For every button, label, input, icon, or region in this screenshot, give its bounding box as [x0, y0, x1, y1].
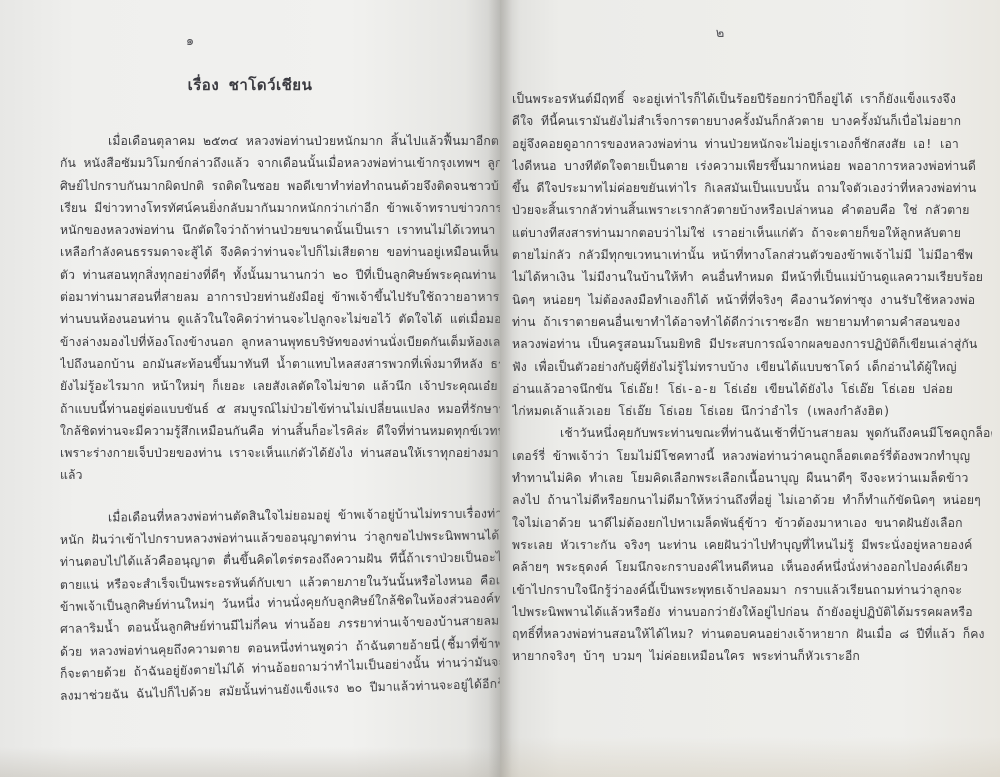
text-line: เพราะร่างกายเจ็บป่วยของท่าน เราจะเห็นแก่…: [60, 442, 500, 464]
text-line: ฟัง เพื่อเป็นตัวอย่างกับผู้ที่ยังไม่รู้ไ…: [512, 356, 992, 378]
text-line: ลงไป ถ้านาไม่ดีหรือยกนาไม่ดีมาให้หว่านถึ…: [512, 489, 992, 511]
text-line: ไก่หมดเล้าแล้วเอย โธ่เอ๊ย โธ่เอย โธ่เอย …: [512, 400, 992, 422]
text-line: แต่บางทีสงสารท่านมากตอบว่าไม่ใช่ เราอย่า…: [512, 222, 992, 244]
text-line: ไปพระนิพพานได้แล้วหรือยัง ท่านบอกว่ายังใ…: [512, 601, 992, 623]
text-line: ไงดีหนอ บางทีตัดใจตายเป็นตาย เร่งความเพี…: [512, 155, 992, 177]
text-line: เป็นพระอรหันต์มีฤทธิ์ จะอยู่เท่าไรก็ได้เ…: [512, 88, 992, 110]
text-line: ฤทธิ์ที่หลวงพ่อท่านสอนให้ได้ไหม? ท่านตอบ…: [512, 623, 992, 645]
right-page: ๒ เป็นพระอรหันต์มีฤทธิ์ จะอยู่เท่าไรก็ได…: [500, 0, 1000, 777]
page-number-left: ๑: [0, 30, 440, 50]
text-line: ขึ้น ดีใจประมาทไม่ค่อยขยันเท่าไร กิเลสมั…: [512, 177, 992, 199]
text-line: อ่านแล้วอาจนึกขัน โธ่เอ๊ย! โธ่เ-อ-ย โธ่เ…: [512, 378, 992, 400]
text-line: ใจไม่เอาด้วย นาดีไม่ต้องยกไปหาเมล็ดพันธุ…: [512, 512, 992, 534]
left-page-body: เมื่อเดือนตุลาคม ๒๕๓๔ หลวงพ่อท่านป่วยหนั…: [60, 130, 500, 707]
text-line: เหลือกำลังคนธรรมดาจะสู้ได้ จึงคิดว่าท่าน…: [60, 241, 500, 263]
chapter-title: เรื่อง ชาโดว์เชียน: [0, 73, 500, 97]
text-line: ถ้าแบบนี้ท่านอยู่ต่อแบบขันธ์ ๕ สมบูรณ์ไม…: [60, 398, 500, 420]
text-line: ท่านบนห้องนอนท่าน ดูแล้วในใจคิดว่าท่านจะ…: [60, 308, 500, 330]
page-number-right: ๒: [500, 22, 940, 42]
text-line: กัน หนังสือซัมมวิโมกข์กล่าวถึงแล้ว จากเด…: [60, 152, 500, 174]
text-line: พระเลย หัวเราะกัน จริงๆ นะท่าน เคยฝันว่า…: [512, 534, 992, 556]
book-spread: ๑ เรื่อง ชาโดว์เชียน เมื่อเดือนตุลาคม ๒๕…: [0, 0, 1000, 777]
text-line: เตอร์รี่ ข้าพเจ้าว่า โยมไม่มีโชคทางนี้ ห…: [512, 445, 992, 467]
text-line: แล้ว: [60, 464, 500, 486]
right-page-body: เป็นพระอรหันต์มีฤทธิ์ จะอยู่เท่าไรก็ได้เ…: [512, 88, 992, 668]
text-line: ป่วยจะสิ้นเรากลัวท่านสิ้นเพราะเรากลัวตาย…: [512, 199, 992, 221]
text-line: หลวงพ่อท่าน เป็นครูสอนมโนมยิทธิ มีประสบก…: [512, 333, 992, 355]
text-line: หนักของหลวงพ่อท่าน นึกตัดใจว่าถ้าท่านป่ว…: [60, 219, 500, 241]
text-line: ตายไม่กลัว กลัวมีทุกขเวทนาเท่านั้น หน้าท…: [512, 244, 992, 266]
text-line: ต่อมาท่านมาสอนที่สายลม อาการป่วยท่านยังม…: [60, 286, 500, 308]
text-line: ข้างล่างมองไปที่ห้องโถงข้างนอก ลูกหลานพุ…: [60, 331, 500, 353]
text-line: คล้ายๆ พระธุดงค์ โยมนึกจะกราบองค์ไหนดีหน…: [512, 556, 992, 578]
left-page: ๑ เรื่อง ชาโดว์เชียน เมื่อเดือนตุลาคม ๒๕…: [0, 0, 500, 777]
text-line: นิดๆ หน่อยๆ ไม่ต้องลงมือทำเองก็ได้ หน้าท…: [512, 289, 992, 311]
text-line: ใกล้ชิดท่านจะมีความรู้สึกเหมือนกันคือ ท่…: [60, 420, 500, 442]
text-line: หายากจริงๆ บ้าๆ บวมๆ ไม่ค่อยเหมือนใคร พร…: [512, 645, 992, 667]
text-line: ทำทานไม่คิด ทำเลย โยมคิดเลือกพระเลือกเนื…: [512, 467, 992, 489]
text-line: ศิษย์ไปกราบกันมากผิดปกติ รถติดในซอย พอดี…: [60, 175, 500, 197]
text-line: เช้าวันหนึ่งคุยกับพระท่านขณะที่ท่านฉันเช…: [512, 422, 992, 444]
text-line: ยังไม่รู้อะไรมาก หน้าใหม่ๆ ก็เยอะ เลยสัง…: [60, 375, 500, 397]
text-line: ดีใจ ทีนี้คนเรามันยังไม่สำเร็จการตายบางค…: [512, 110, 992, 132]
text-line: เข้าไปกราบใจนึกรู้ว่าองค์นี้เป็นพระพุทธเ…: [512, 579, 992, 601]
text-line: เรียน มีข่าวทางโทรทัศน์คนยิ่งกลับมากันมา…: [60, 197, 500, 219]
text-line: ไปถึงนอกบ้าน อกมันสะท้อนขึ้นมาทันที น้ำต…: [60, 353, 500, 375]
text-line: เมื่อเดือนตุลาคม ๒๕๓๔ หลวงพ่อท่านป่วยหนั…: [60, 130, 500, 152]
text-line: ตัว ท่านสอนทุกสิ่งทุกอย่างที่ดีๆ ทั้งนั้…: [60, 264, 500, 286]
text-line: อยู่จึงคอยดูอาการของหลวงพ่อท่าน ท่านป่วย…: [512, 133, 992, 155]
text-line: ไม่ได้หาเงิน ไม่มีงานในบ้านให้ทำ คนอื่นท…: [512, 266, 992, 288]
text-line: ท่าน ถ้าเราตายคนอื่นเขาทำได้อาจทำได้ดีกว…: [512, 311, 992, 333]
